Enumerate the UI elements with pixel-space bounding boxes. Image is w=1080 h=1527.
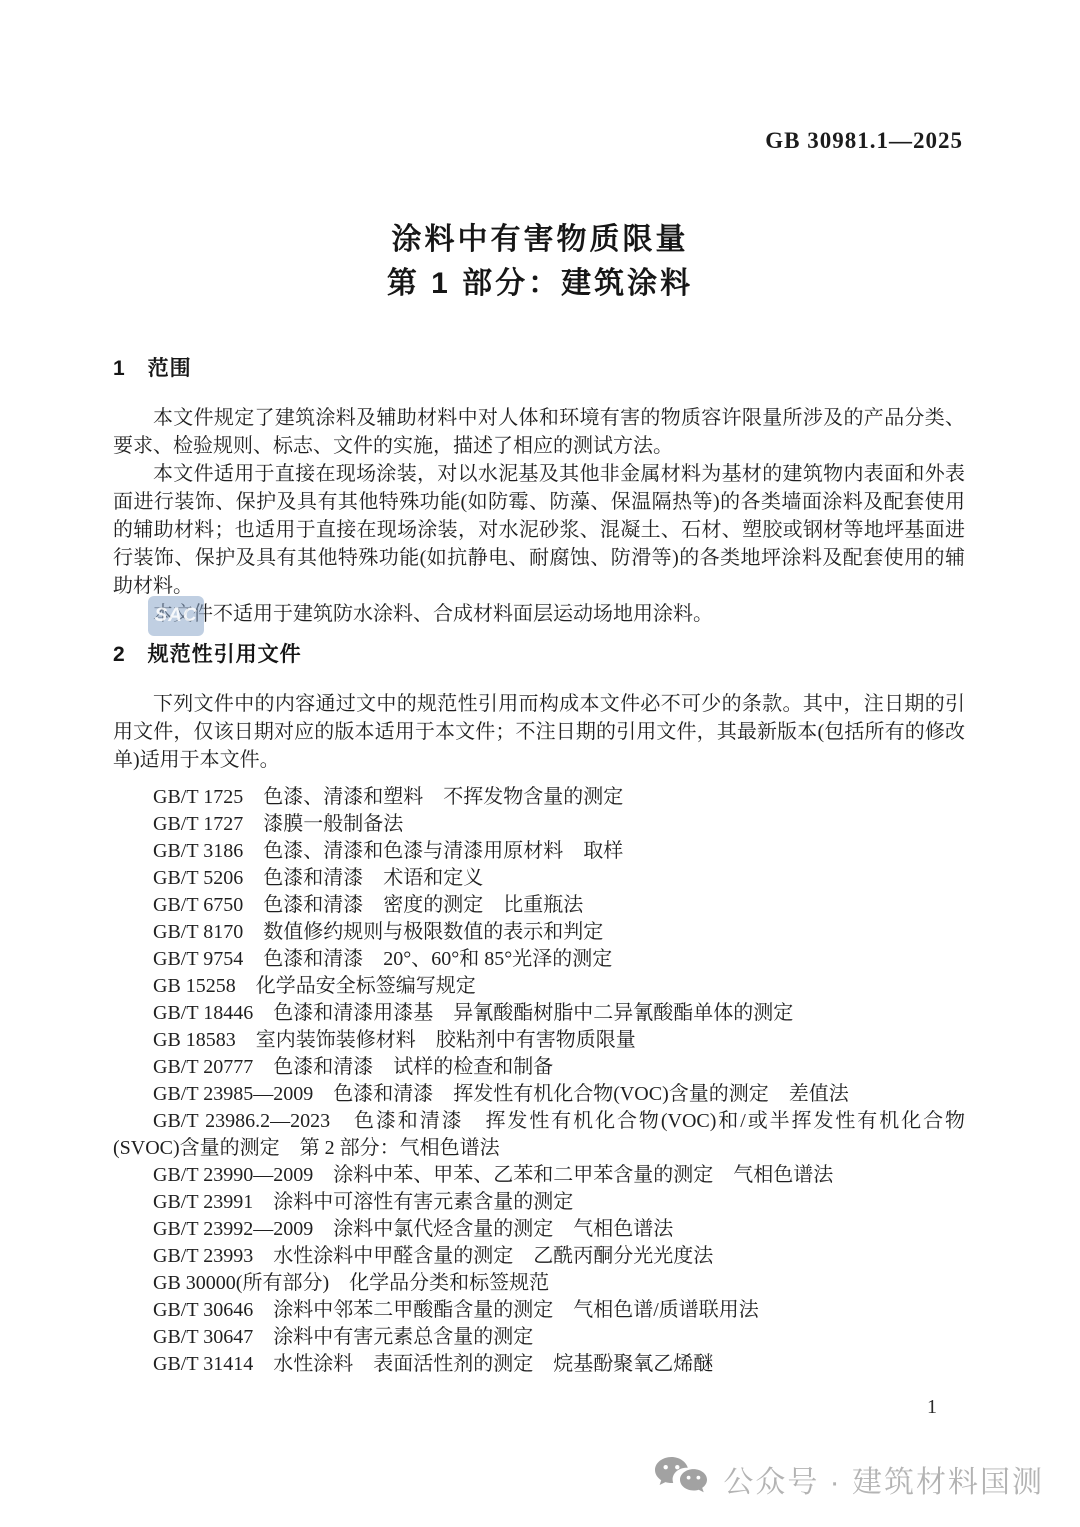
reference-item: GB/T 6750 色漆和清漆 密度的测定 比重瓶法 <box>113 892 965 919</box>
document-title: 涂料中有害物质限量 第 1 部分：建筑涂料 <box>0 218 1080 306</box>
paragraph: 本文件适用于直接在现场涂装，对以水泥基及其他非金属材料为基材的建筑物内表面和外表… <box>113 460 965 600</box>
page-number: 1 <box>927 1396 937 1419</box>
reference-item: GB/T 23992—2009 涂料中氯代烃含量的测定 气相色谱法 <box>113 1216 965 1243</box>
reference-item: GB/T 3186 色漆、清漆和色漆与清漆用原材料 取样 <box>113 838 965 865</box>
wechat-icon <box>653 1456 709 1502</box>
standard-code: GB 30981.1—2025 <box>765 128 963 154</box>
reference-item: GB/T 31414 水性涂料 表面活性剂的测定 烷基酚聚氧乙烯醚 <box>113 1351 965 1378</box>
section2-intro: 下列文件中的内容通过文中的规范性引用而构成本文件必不可少的条款。其中，注日期的引… <box>113 690 965 774</box>
reference-item: GB/T 30647 涂料中有害元素总含量的测定 <box>113 1324 965 1351</box>
reference-item: GB/T 23985—2009 色漆和清漆 挥发性有机化合物(VOC)含量的测定… <box>113 1081 965 1108</box>
reference-item: GB/T 20777 色漆和清漆 试样的检查和制备 <box>113 1054 965 1081</box>
section1-paragraphs: 本文件规定了建筑涂料及辅助材料中对人体和环境有害的物质容许限量所涉及的产品分类、… <box>113 404 965 628</box>
reference-item: GB/T 1727 漆膜一般制备法 <box>113 811 965 838</box>
reference-item: GB/T 1725 色漆、清漆和塑料 不挥发物含量的测定 <box>113 784 965 811</box>
references-list: GB/T 1725 色漆、清漆和塑料 不挥发物含量的测定GB/T 1727 漆膜… <box>113 784 965 1378</box>
reference-item: GB 30000(所有部分) 化学品分类和标签规范 <box>113 1270 965 1297</box>
document-page: GB 30981.1—2025 涂料中有害物质限量 第 1 部分：建筑涂料 1 … <box>0 0 1080 1527</box>
paragraph: 下列文件中的内容通过文中的规范性引用而构成本文件必不可少的条款。其中，注日期的引… <box>113 690 965 774</box>
section2-heading: 2 规范性引用文件 <box>113 638 302 668</box>
reference-item: GB/T 23990—2009 涂料中苯、甲苯、乙苯和二甲苯含量的测定 气相色谱… <box>113 1162 965 1189</box>
paragraph: 本文件规定了建筑涂料及辅助材料中对人体和环境有害的物质容许限量所涉及的产品分类、… <box>113 404 965 460</box>
document-title-line1: 涂料中有害物质限量 <box>0 218 1080 262</box>
footer-label: 公众号 · 建筑材料国测 <box>723 1457 1044 1501</box>
document-title-line2: 第 1 部分：建筑涂料 <box>0 262 1080 306</box>
reference-item: GB/T 9754 色漆和清漆 20°、60°和 85°光泽的测定 <box>113 946 965 973</box>
sac-watermark: SAC <box>148 596 204 636</box>
sac-watermark-label: SAC <box>154 605 197 627</box>
paragraph: 本文件不适用于建筑防水涂料、合成材料面层运动场地用涂料。 <box>113 600 965 628</box>
section1-heading: 1 范围 <box>113 352 192 382</box>
reference-item: GB/T 8170 数值修约规则与极限数值的表示和判定 <box>113 919 965 946</box>
reference-item: GB/T 30646 涂料中邻苯二甲酸酯含量的测定 气相色谱/质谱联用法 <box>113 1297 965 1324</box>
reference-item: GB/T 18446 色漆和清漆用漆基 异氰酸酯树脂中二异氰酸酯单体的测定 <box>113 1000 965 1027</box>
reference-item: GB 18583 室内装饰装修材料 胶粘剂中有害物质限量 <box>113 1027 965 1054</box>
reference-item: GB/T 23993 水性涂料中甲醛含量的测定 乙酰丙酮分光光度法 <box>113 1243 965 1270</box>
reference-item: GB/T 5206 色漆和清漆 术语和定义 <box>113 865 965 892</box>
reference-item: GB 15258 化学品安全标签编写规定 <box>113 973 965 1000</box>
footer-brand: 公众号 · 建筑材料国测 <box>653 1456 1044 1502</box>
reference-item: GB/T 23991 涂料中可溶性有害元素含量的测定 <box>113 1189 965 1216</box>
reference-item: GB/T 23986.2—2023 色漆和清漆 挥发性有机化合物(VOC)和/或… <box>113 1108 965 1162</box>
